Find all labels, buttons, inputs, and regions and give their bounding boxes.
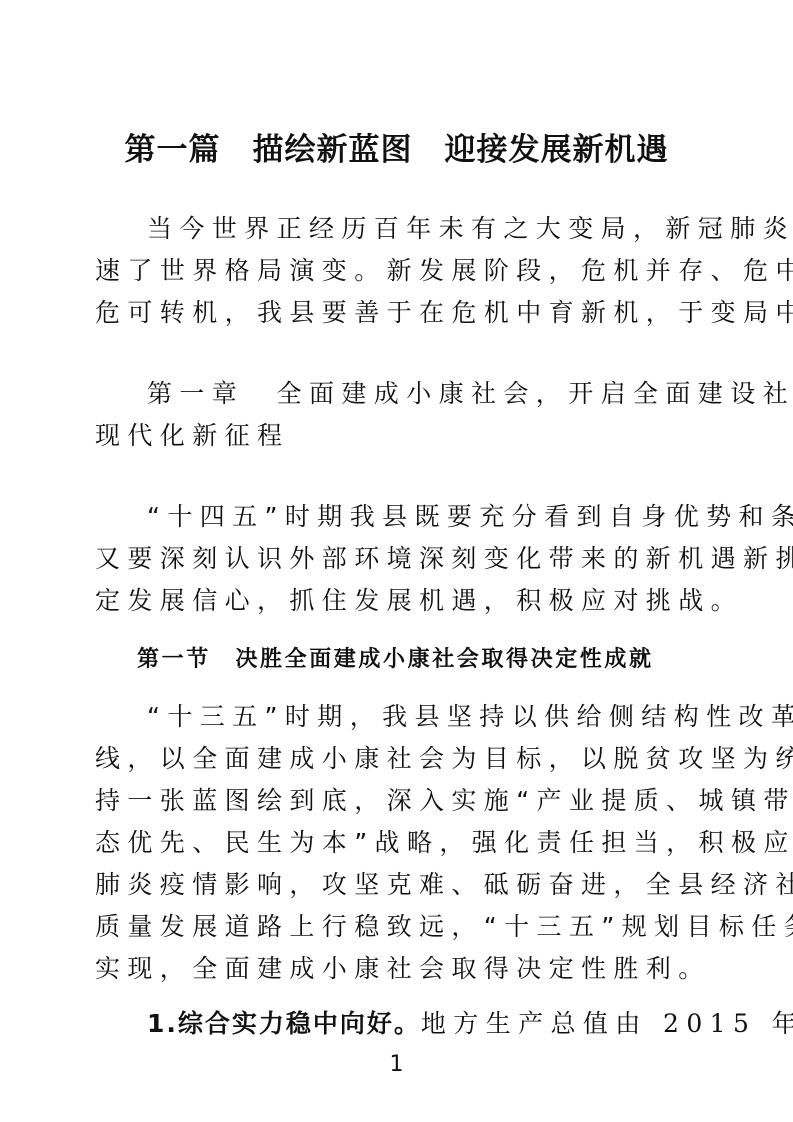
paragraph-line: 当今世界正经历百年未有之大变局，新冠肺炎疫情加	[95, 208, 701, 250]
paragraph-line: 肺炎疫情影响，攻坚克难、砥砺奋进，全县经济社会在高	[95, 864, 701, 906]
intro-paragraph: 当今世界正经历百年未有之大变局，新冠肺炎疫情加 速了世界格局演变。新发展阶段，危…	[95, 208, 701, 334]
numbered-item-text: 地方生产总值由 2015 年 63 亿	[421, 1009, 793, 1038]
chapter-paragraph: “十四五”时期我县既要充分看到自身优势和条件， 又要深刻认识外部环境深刻变化带来…	[95, 496, 701, 622]
chapter-heading: 第一章 全面建成小康社会，开启全面建设社会主义 现代化新征程	[95, 373, 701, 457]
document-page: 第一篇 描绘新蓝图 迎接发展新机遇 当今世界正经历百年未有之大变局，新冠肺炎疫情…	[0, 0, 793, 1122]
paragraph-line: 质量发展道路上行稳致远，“十三五”规划目标任务基本	[95, 906, 701, 948]
part-title: 第一篇 描绘新蓝图 迎接发展新机遇	[0, 128, 793, 172]
paragraph-line: 又要深刻认识外部环境深刻变化带来的新机遇新挑战，坚	[95, 538, 701, 580]
section-paragraph: “十三五”时期，我县坚持以供给侧结构性改革为主 线，以全面建成小康社会为目标，以…	[95, 696, 701, 990]
paragraph-line: “十三五”时期，我县坚持以供给侧结构性改革为主	[95, 696, 701, 738]
chapter-heading-line: 现代化新征程	[95, 415, 701, 457]
chapter-heading-line: 第一章 全面建成小康社会，开启全面建设社会主义	[95, 373, 701, 415]
paragraph-line: 定发展信心，抓住发展机遇，积极应对挑战。	[95, 580, 701, 622]
section-heading: 第一节 决胜全面建成小康社会取得决定性成就	[137, 640, 654, 680]
numbered-item-line: 1.综合实力稳中向好。地方生产总值由 2015 年 63 亿	[95, 1003, 701, 1045]
paragraph-line: 速了世界格局演变。新发展阶段，危机并存、危中有机、	[95, 250, 701, 292]
paragraph-line: 线，以全面建成小康社会为目标，以脱贫攻坚为统领，坚	[95, 738, 701, 780]
paragraph-line: “十四五”时期我县既要充分看到自身优势和条件，	[95, 496, 701, 538]
page-number: 1	[0, 1050, 793, 1080]
numbered-item-lead: 1.综合实力稳中向好。	[147, 1009, 421, 1038]
paragraph-line: 持一张蓝图绘到底，深入实施“产业提质、城镇带动、生	[95, 780, 701, 822]
numbered-item: 1.综合实力稳中向好。地方生产总值由 2015 年 63 亿	[95, 1003, 701, 1045]
paragraph-line: 实现，全面建成小康社会取得决定性胜利。	[95, 948, 701, 990]
paragraph-line: 危可转机，我县要善于在危机中育新机，于变局中开新局。	[95, 292, 701, 334]
paragraph-line: 态优先、民生为本”战略，强化责任担当，积极应对新冠	[95, 822, 701, 864]
